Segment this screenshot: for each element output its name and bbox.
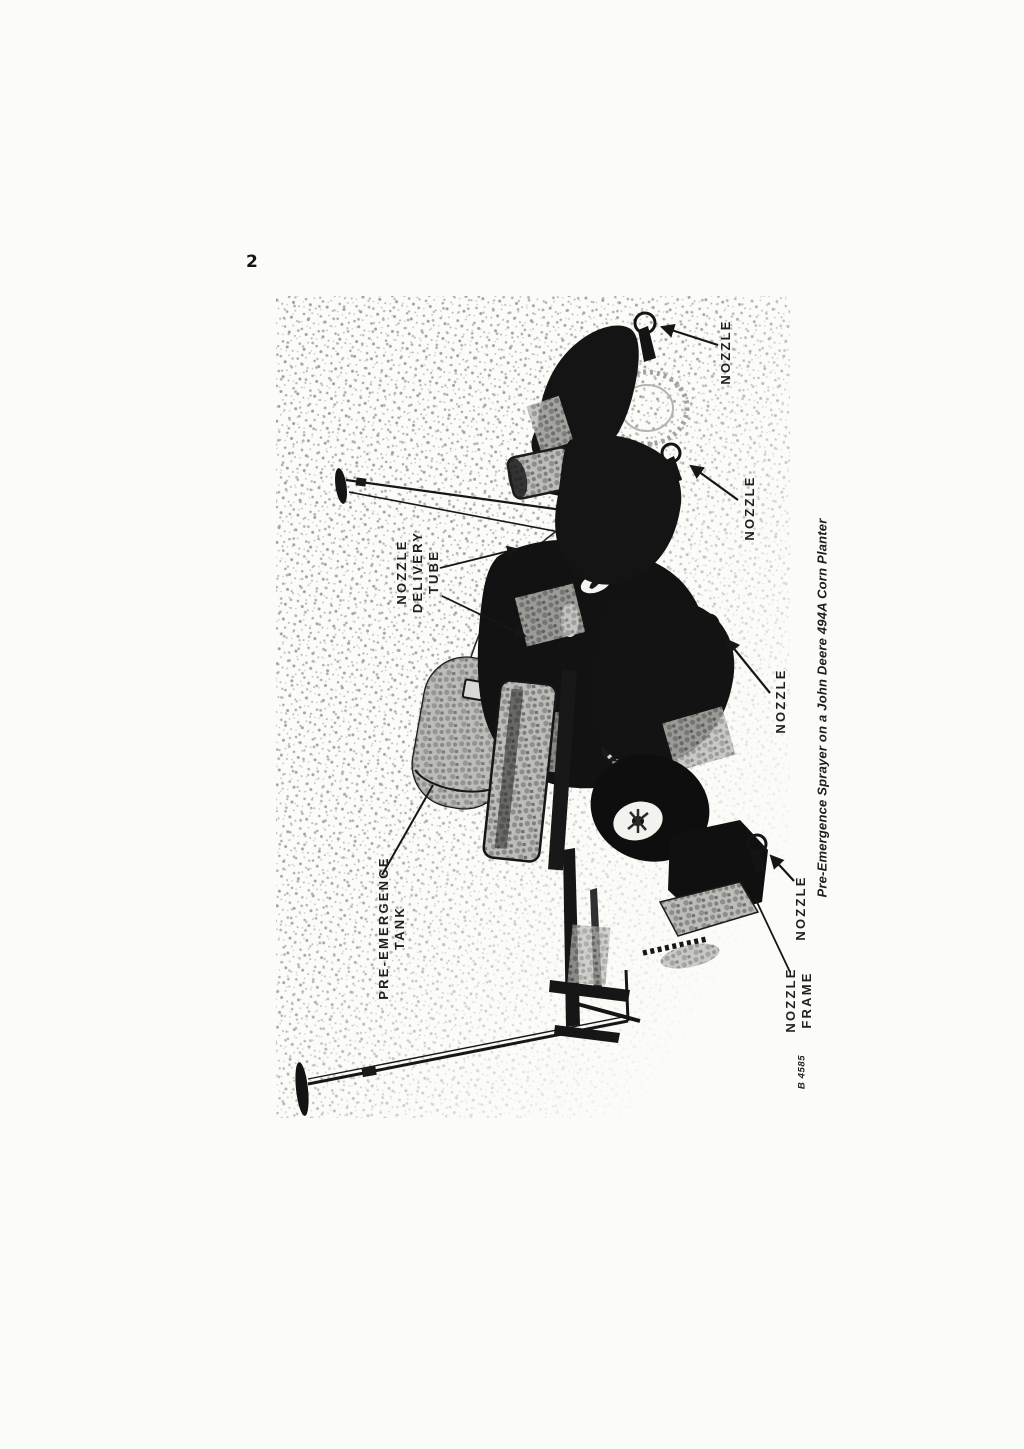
figure-caption: Pre-Emergence Sprayer on a John Deere 49…	[815, 519, 830, 898]
photo-credit: B 4585	[797, 1055, 808, 1089]
label-nozzle-frame: NOZZLE FRAME	[783, 967, 815, 1032]
label-pre-emergence-tank: PRE-EMERGENCE TANK	[376, 856, 408, 999]
figure-photo: NOZZLE NOZZLE NOZZLE DELIVERY TUBE NOZZL…	[270, 290, 850, 1130]
label-nozzle-bottom: NOZZLE	[793, 875, 809, 940]
photo-illustration	[270, 290, 850, 1130]
label-nozzle-upper: NOZZLE	[742, 475, 758, 540]
planter-row-unit-3	[590, 595, 736, 772]
page-number: 2	[246, 252, 258, 272]
scanned-manual-page: 2	[0, 0, 1024, 1449]
label-nozzle-top: NOZZLE	[718, 319, 734, 384]
label-nozzle-lower: NOZZLE	[773, 668, 789, 733]
label-nozzle-delivery-tube: NOZZLE DELIVERY TUBE	[394, 531, 442, 613]
